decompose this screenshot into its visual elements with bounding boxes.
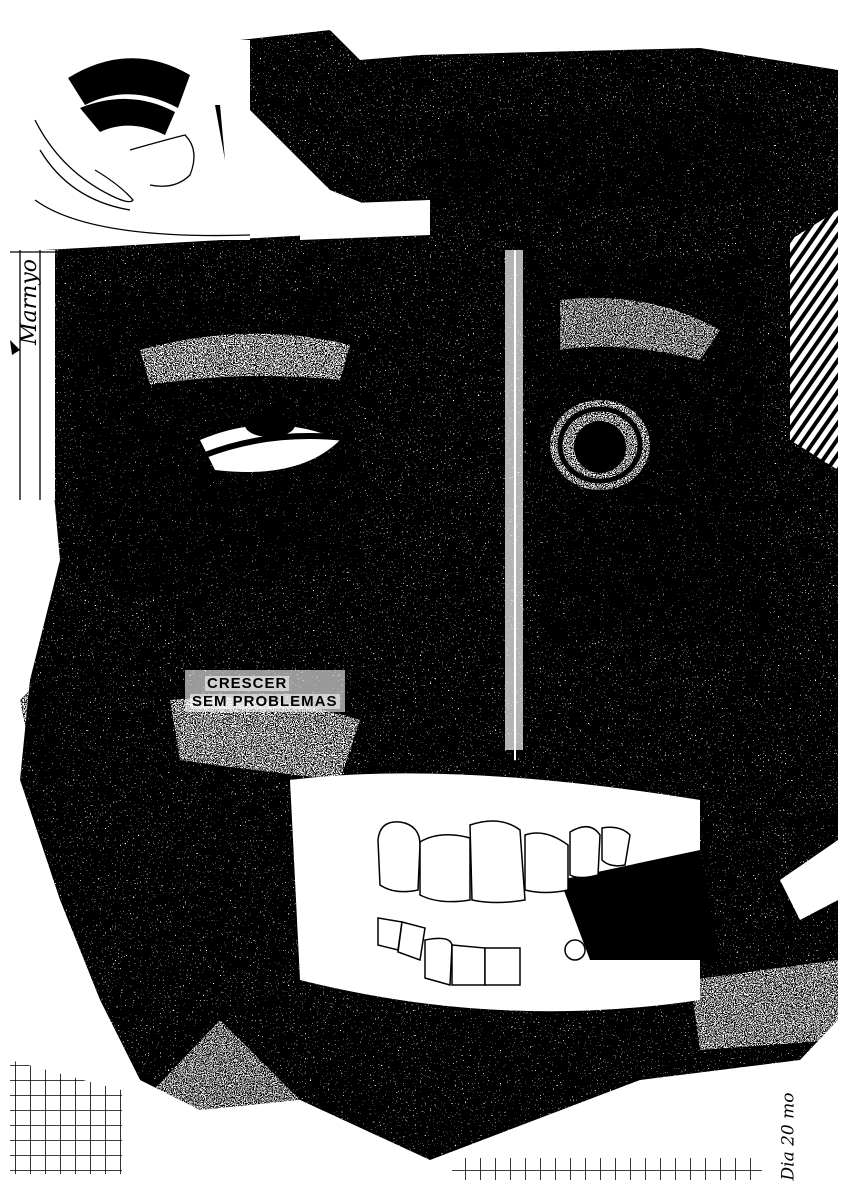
mouth-teeth (290, 773, 720, 1011)
printed-text-line2: SEM PROBLEMAS (190, 694, 340, 709)
handwritten-signature-right: Dia 20 mo (781, 1093, 798, 1181)
hatched-strip (790, 210, 838, 470)
top-torn-strip (240, 30, 838, 250)
handwritten-signature-left: Marnyo (17, 259, 42, 345)
hands-bowl-drawing (30, 40, 250, 240)
collage-artwork (0, 0, 849, 1200)
right-eye (550, 400, 650, 490)
printed-text-line1: CRESCER (205, 676, 289, 691)
